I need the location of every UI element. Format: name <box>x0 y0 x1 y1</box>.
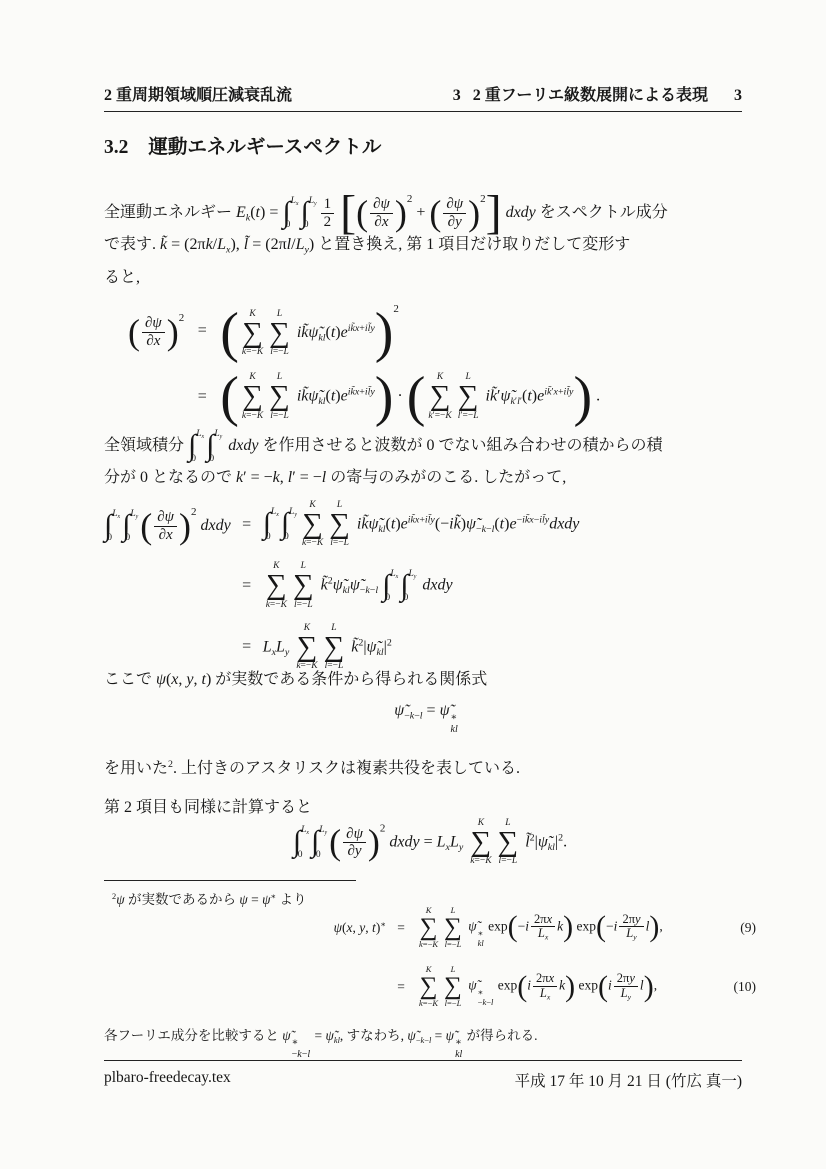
equals-sign: = <box>231 577 263 595</box>
page-footer: plbaro-freedecay.tex 平成 17 年 10 月 21 日 (… <box>104 1060 742 1091</box>
equation-number: (9) <box>740 920 756 936</box>
equation-rhs: K∑k=−KL∑l=−L ψ̃∗kl exp(−i2πxLxk) exp(−i2… <box>416 906 663 949</box>
paragraph-domain-integral: 全領域積分 ∫Lx0∫Ly0 dxdy を作用させると波数が 0 でない組み合わ… <box>104 429 764 491</box>
scanned-paper-page: { "header": { "left": "2 重周期領域順圧減衰乱流", "… <box>0 0 826 1169</box>
footnote-equation-10: = K∑k=−KL∑l=−L ψ̃∗−k−l exp(i2πxLxk) exp(… <box>104 965 756 1008</box>
section-title: 運動エネルギースペクトル <box>148 137 381 158</box>
footnote-conclusion: 各フーリエ成分を比較すると ψ̃∗−k−l = ψ̃kl, すなわち, ψ̃−k… <box>104 1024 538 1060</box>
equation-rhs: (K∑k=−KL∑l=−L ik̃ψ̃kl(t)eik̃x+il̃y) · (K… <box>220 372 600 421</box>
running-head: 2 重周期領域順圧減衰乱流 3 2 重フーリエ級数展開による表現 3 <box>104 82 742 112</box>
equals-sign: = <box>184 388 220 406</box>
equals-sign: = <box>386 920 416 936</box>
paragraph-asterisk-note: を用いた2. 上付きのアスタリスクは複素共役を表している. <box>104 751 520 782</box>
paragraph-second-term: 第 2 項目も同様に計算すると <box>104 794 312 821</box>
running-head-section-title: 2 重フーリエ級数展開による表現 <box>473 82 708 105</box>
footnote-equations: ψ(x, y, t)∗ = K∑k=−KL∑l=−L ψ̃∗kl exp(−i2… <box>104 906 756 1009</box>
display-equation-integral-dpsi-dx: ∫Lx0∫Ly0(∂ψ∂x)2 dxdy = ∫Lx0∫Ly0K∑k=−KL∑l… <box>104 500 579 672</box>
running-head-section-number: 3 <box>453 87 461 105</box>
equals-sign: = <box>386 979 416 995</box>
equation-rhs: K∑k=−KL∑l=−L ψ̃∗−k−l exp(i2πxLxk) exp(i2… <box>416 965 657 1008</box>
equation-lhs: (∂ψ∂x)2 <box>128 312 184 349</box>
footer-filename: plbaro-freedecay.tex <box>104 1069 231 1091</box>
page-number: 3 <box>734 87 742 105</box>
equation-rhs: K∑k=−KL∑l=−L k̃2ψ̃klψ̃−k−l ∫Lx0∫Ly0 dxdy <box>263 561 453 610</box>
section-number: 3.2 <box>104 137 128 158</box>
equals-sign: = <box>231 638 263 656</box>
display-equation-dpsi-dx: (∂ψ∂x)2 = (K∑k=−KL∑l=−L ik̃ψ̃kl(t)eik̃x+… <box>128 303 600 421</box>
section-heading: 3.2運動エネルギースペクトル <box>104 131 381 159</box>
equation-rhs: LxLy K∑k=−KL∑l=−L k̃2|ψ̃kl|2 <box>263 623 392 672</box>
display-equation-dpsi-dy: ∫Lx0∫Ly0(∂ψ∂y)2 dxdy = LxLy K∑k=−KL∑l=−L… <box>104 818 756 867</box>
footnote-rule <box>104 880 356 881</box>
equation-rhs: (K∑k=−KL∑l=−L ik̃ψ̃kl(t)eik̃x+il̃y)2 <box>220 303 399 358</box>
equals-sign: = <box>231 516 263 534</box>
equation-rhs: ∫Lx0∫Ly0K∑k=−KL∑l=−L ik̃ψ̃kl(t)eik̃x+il̃… <box>263 500 580 549</box>
running-head-right: 3 2 重フーリエ級数展開による表現 3 <box>453 82 742 105</box>
paragraph-total-energy: 全運動エネルギー Ek(t) = ∫Lx0∫Ly012 [(∂ψ∂x)2 + (… <box>104 186 764 291</box>
footer-date-author: 平成 17 年 10 月 21 日 (竹広 真一) <box>515 1069 742 1091</box>
footnote-text: 2ψ が実数であるから ψ = ψ∗ より <box>112 888 307 908</box>
equation-lhs: ∫Lx0∫Ly0(∂ψ∂x)2 dxdy <box>104 506 231 544</box>
equation-number: (10) <box>734 979 757 995</box>
paragraph-reality-condition: ここで ψ(x, y, t) が実数である条件から得られる関係式 <box>104 666 487 693</box>
display-equation-conjugate-relation: ψ̃−k−l = ψ̃∗kl <box>104 702 749 735</box>
footnote-equation-9: ψ(x, y, t)∗ = K∑k=−KL∑l=−L ψ̃∗kl exp(−i2… <box>104 906 756 949</box>
equation-lhs: ψ(x, y, t)∗ <box>104 919 386 936</box>
running-head-left: 2 重周期領域順圧減衰乱流 <box>104 82 292 105</box>
equals-sign: = <box>184 322 220 340</box>
